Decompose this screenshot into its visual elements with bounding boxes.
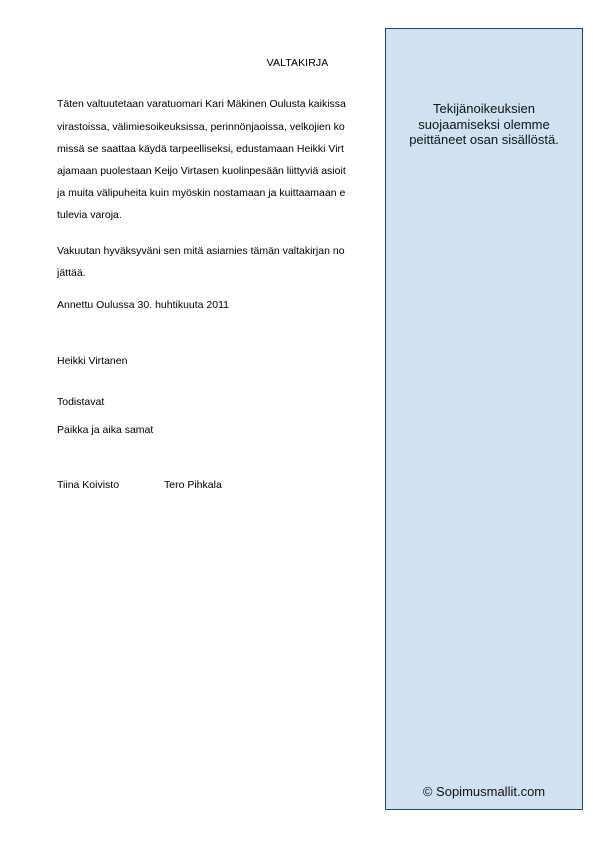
overlay-message-line: suojaamiseksi olemme	[386, 117, 582, 133]
given-date: Annettu Oulussa 30. huhtikuuta 2011	[57, 299, 229, 311]
witnesses-label: Todistavat	[57, 396, 104, 408]
paragraph-1-line: tulevia varoja.	[57, 209, 122, 221]
overlay-message-line: Tekijänoikeuksien	[386, 101, 582, 117]
signer-name: Heikki Virtanen	[57, 355, 127, 367]
overlay-message-line: peittäneet osan sisällöstä.	[386, 132, 582, 148]
paragraph-1-line: ja muita välipuheita kuin myöskin nostam…	[57, 187, 345, 199]
copyright-notice: © Sopimusmallit.com	[386, 784, 582, 799]
document-page: VALTAKIRJA Täten valtuutetaan varatuomar…	[0, 0, 595, 842]
paragraph-2-line: Vakuutan hyväksyväni sen mitä asiamies t…	[57, 245, 345, 257]
paragraph-1-line: missä se saattaa käydä tarpeelliseksi, e…	[57, 143, 344, 155]
paragraph-2-line: jättää.	[57, 267, 86, 279]
place-time: Paikka ja aika samat	[57, 424, 153, 436]
paragraph-1-line: Täten valtuutetaan varatuomari Kari Mäki…	[57, 98, 346, 110]
copyright-overlay: Tekijänoikeuksien suojaamiseksi olemme p…	[385, 28, 583, 810]
witness-2-name: Tero Pihkala	[164, 479, 222, 491]
overlay-message: Tekijänoikeuksien suojaamiseksi olemme p…	[386, 101, 582, 148]
witness-1-name: Tiina Koivisto	[57, 479, 119, 491]
paragraph-1-line: ajamaan puolestaan Keijo Virtasen kuolin…	[57, 165, 346, 177]
paragraph-1-line: virastoissa, välimiesoikeuksissa, perinn…	[57, 121, 345, 133]
